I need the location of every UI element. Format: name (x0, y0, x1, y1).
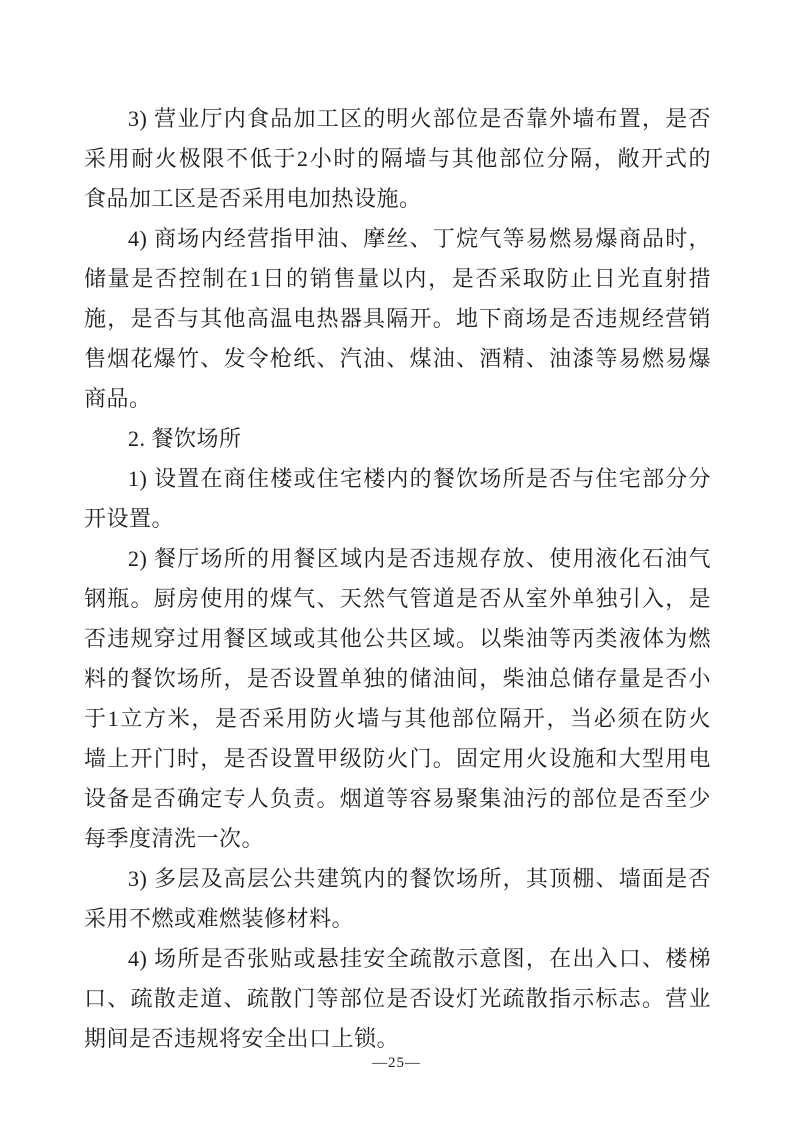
text-line: 2. 餐饮场所 (84, 419, 711, 459)
text-line: 采用耐火极限不低于2小时的隔墙与其他部位分隔，敞开式的 (84, 139, 711, 179)
document-body: 3) 营业厅内食品加工区的明火部位是否靠外墙布置，是否 采用耐火极限不低于2小时… (84, 99, 711, 1059)
text-line: 商品。 (84, 379, 711, 419)
paragraph: 3) 营业厅内食品加工区的明火部位是否靠外墙布置，是否 采用耐火极限不低于2小时… (84, 99, 711, 219)
text-line: 钢瓶。厨房使用的煤气、天然气管道是否从室外单独引入，是 (84, 579, 711, 619)
paragraph-section-heading: 2. 餐饮场所 (84, 419, 711, 459)
text-line: 否违规穿过用餐区域或其他公共区域。以柴油等丙类液体为燃 (84, 619, 711, 659)
paragraph: 1) 设置在商住楼或住宅楼内的餐饮场所是否与住宅部分分 开设置。 (84, 459, 711, 539)
text-line: 于1立方米，是否采用防火墙与其他部位隔开，当必须在防火 (84, 699, 711, 739)
text-line: 施，是否与其他高温电热器具隔开。地下商场是否违规经营销 (84, 299, 711, 339)
text-line: 墙上开门时，是否设置甲级防火门。固定用火设施和大型用电 (84, 739, 711, 779)
text-line: 售烟花爆竹、发令枪纸、汽油、煤油、酒精、油漆等易燃易爆 (84, 339, 711, 379)
text-line: 3) 营业厅内食品加工区的明火部位是否靠外墙布置，是否 (84, 99, 711, 139)
text-line: 设备是否确定专人负责。烟道等容易聚集油污的部位是否至少 (84, 779, 711, 819)
paragraph: 3) 多层及高层公共建筑内的餐饮场所，其顶棚、墙面是否 采用不燃或难燃装修材料。 (84, 859, 711, 939)
text-line: 2) 餐厅场所的用餐区域内是否违规存放、使用液化石油气 (84, 539, 711, 579)
text-line: 4) 场所是否张贴或悬挂安全疏散示意图，在出入口、楼梯 (84, 939, 711, 979)
text-line: 开设置。 (84, 499, 711, 539)
text-line: 4) 商场内经营指甲油、摩丝、丁烷气等易燃易爆商品时， (84, 219, 711, 259)
text-line: 采用不燃或难燃装修材料。 (84, 899, 711, 939)
text-line: 储量是否控制在1日的销售量以内，是否采取防止日光直射措 (84, 259, 711, 299)
paragraph: 2) 餐厅场所的用餐区域内是否违规存放、使用液化石油气 钢瓶。厨房使用的煤气、天… (84, 539, 711, 859)
text-line: 1) 设置在商住楼或住宅楼内的餐饮场所是否与住宅部分分 (84, 459, 711, 499)
text-line: 料的餐饮场所，是否设置单独的储油间，柴油总储存量是否小 (84, 659, 711, 699)
text-line: 口、疏散走道、疏散门等部位是否设灯光疏散指示标志。营业 (84, 979, 711, 1019)
page-number: —25— (0, 1052, 793, 1074)
document-page: 3) 营业厅内食品加工区的明火部位是否靠外墙布置，是否 采用耐火极限不低于2小时… (0, 0, 793, 1122)
text-line: 每季度清洗一次。 (84, 819, 711, 859)
paragraph: 4) 商场内经营指甲油、摩丝、丁烷气等易燃易爆商品时， 储量是否控制在1日的销售… (84, 219, 711, 419)
text-line: 食品加工区是否采用电加热设施。 (84, 179, 711, 219)
paragraph: 4) 场所是否张贴或悬挂安全疏散示意图，在出入口、楼梯 口、疏散走道、疏散门等部… (84, 939, 711, 1059)
text-line: 3) 多层及高层公共建筑内的餐饮场所，其顶棚、墙面是否 (84, 859, 711, 899)
